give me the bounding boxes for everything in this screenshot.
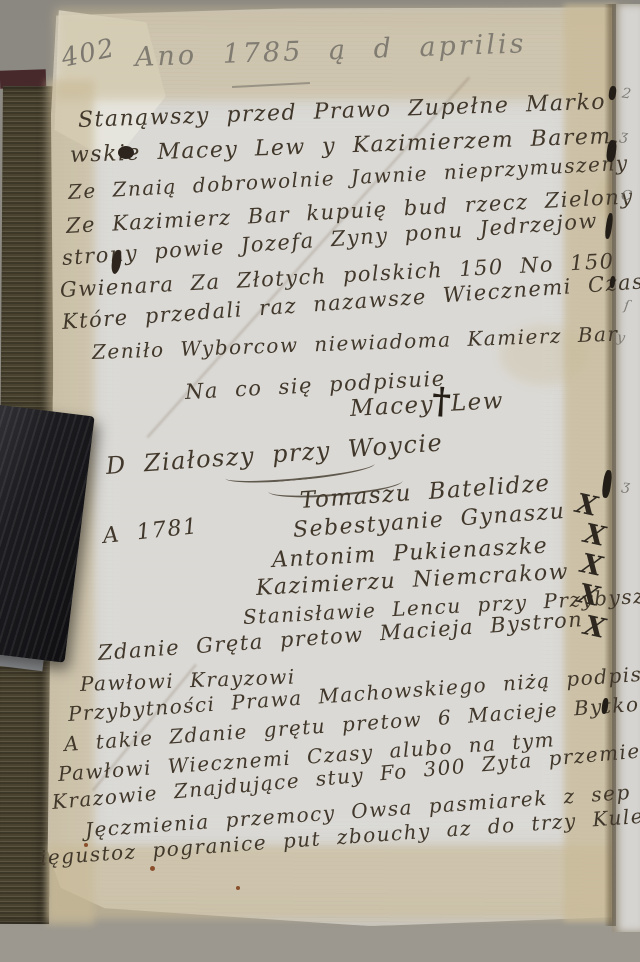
- adjacent-page-text-fragment: ʒ: [621, 478, 631, 495]
- manuscript-photo: 402 Ano 1785 ą d aprilis Stanąwszy przed…: [0, 0, 640, 962]
- adjacent-page-text-fragment: ſ: [623, 298, 630, 315]
- witness-cross-mark: X: [581, 610, 608, 645]
- signature-cross-mark: †: [431, 379, 453, 422]
- adjacent-page-text-fragment: y: [616, 330, 626, 347]
- adjacent-page-text-fragment: ʒ: [619, 128, 629, 145]
- witness-cross-mark: X: [575, 578, 602, 613]
- adjacent-page-text-fragment: C: [620, 187, 633, 204]
- marks-layer: XXXXX†2ʒCſyʒ: [0, 0, 640, 962]
- adjacent-page-text-fragment: 2: [621, 85, 632, 102]
